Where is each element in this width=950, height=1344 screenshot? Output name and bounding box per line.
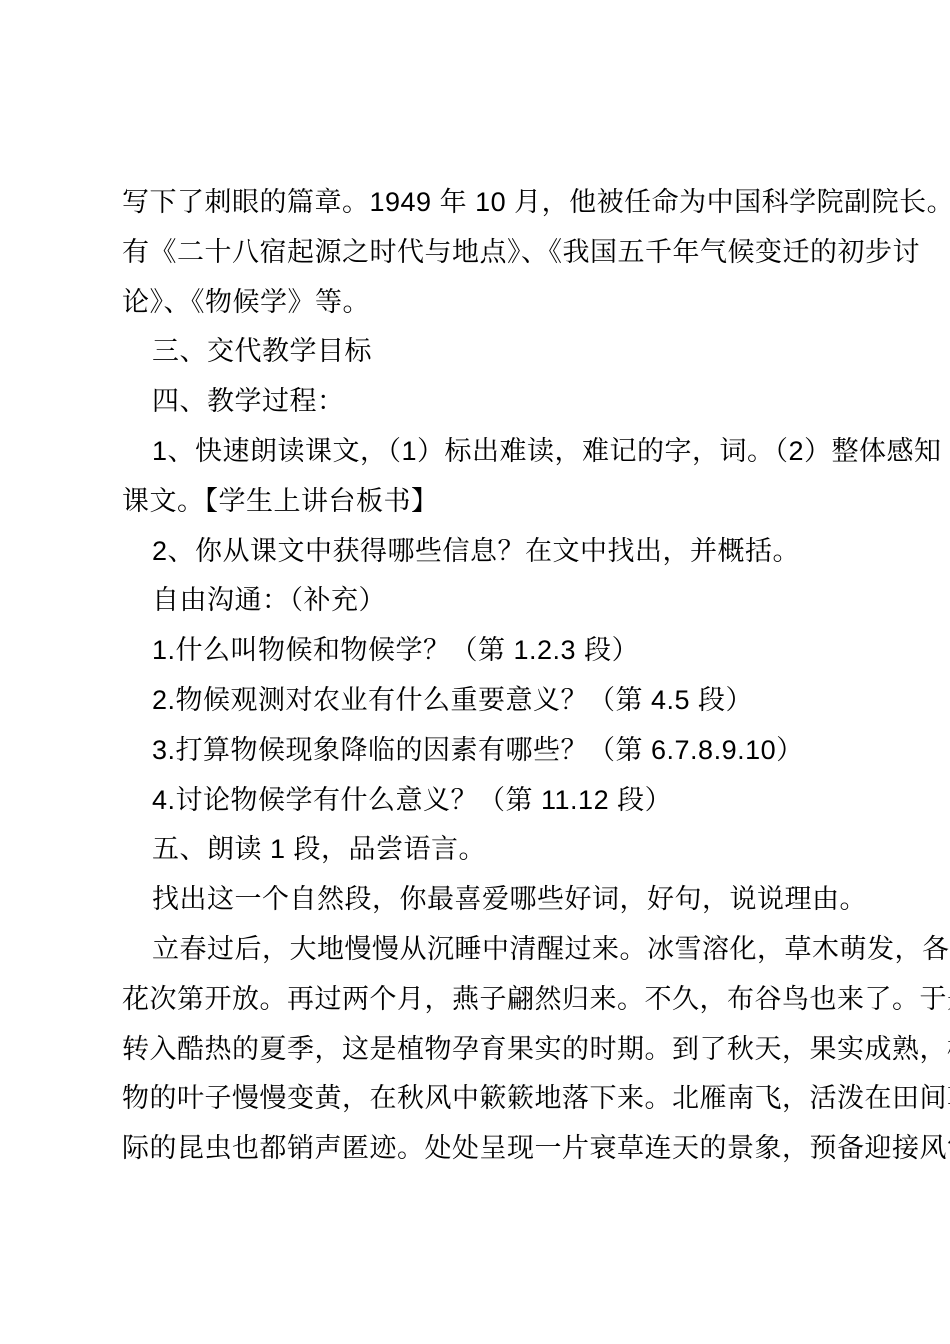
text-line: 三、交代教学目标 — [122, 327, 892, 377]
paragraph: 五、朗读 1 段，品尝语言。 — [122, 825, 892, 875]
paragraph: 三、交代教学目标 — [122, 327, 892, 377]
text-line: 1.什么叫物候和物候学？（第 1.2.3 段） — [122, 626, 892, 676]
text-line: 际的昆虫也都销声匿迹。处处呈现一片衰草连天的景象，预备迎接风雪 — [122, 1124, 892, 1174]
paragraph: 立春过后，大地慢慢从沉睡中清醒过来。冰雪溶化，草木萌发，各种花次第开放。再过两个… — [122, 925, 892, 1174]
paragraph: 2、你从课文中获得哪些信息？在文中找出，并概括。 — [122, 527, 892, 577]
paragraph: 找出这一个自然段，你最喜爱哪些好词，好句，说说理由。 — [122, 875, 892, 925]
text-line: 转入酷热的夏季，这是植物孕育果实的时期。到了秋天，果实成熟，植 — [122, 1025, 892, 1075]
paragraph: 3.打算物候现象降临的因素有哪些？（第 6.7.8.9.10） — [122, 726, 892, 776]
text-line: 有《二十八宿起源之时代与地点》、《我国五千年气候变迁的初步讨 — [122, 228, 892, 278]
paragraph: 2.物候观测对农业有什么重要意义？（第 4.5 段） — [122, 676, 892, 726]
text-line: 论》、《物候学》等。 — [122, 278, 892, 328]
text-line: 找出这一个自然段，你最喜爱哪些好词，好句，说说理由。 — [122, 875, 892, 925]
paragraph: 1、快速朗读课文，（1）标出难读，难记的字，词。（2）整体感知课文。【学生上讲台… — [122, 427, 892, 527]
text-line: 写下了刺眼的篇章。1949 年 10 月，他被任命为中国科学院副院长。著 — [122, 178, 892, 228]
text-line: 五、朗读 1 段，品尝语言。 — [122, 825, 892, 875]
document-text: 写下了刺眼的篇章。1949 年 10 月，他被任命为中国科学院副院长。著有《二十… — [122, 178, 892, 1174]
text-line: 2.物候观测对农业有什么重要意义？（第 4.5 段） — [122, 676, 892, 726]
text-line: 立春过后，大地慢慢从沉睡中清醒过来。冰雪溶化，草木萌发，各种 — [122, 925, 892, 975]
text-line: 课文。【学生上讲台板书】 — [122, 477, 892, 527]
text-line: 物的叶子慢慢变黄，在秋风中簌簌地落下来。北雁南飞，活泼在田间草 — [122, 1074, 892, 1124]
text-line: 四、教学过程： — [122, 377, 892, 427]
text-line: 自由沟通：（补充） — [122, 576, 892, 626]
paragraph: 写下了刺眼的篇章。1949 年 10 月，他被任命为中国科学院副院长。著有《二十… — [122, 178, 892, 327]
text-line: 2、你从课文中获得哪些信息？在文中找出，并概括。 — [122, 527, 892, 577]
paragraph: 1.什么叫物候和物候学？（第 1.2.3 段） — [122, 626, 892, 676]
paragraph: 四、教学过程： — [122, 377, 892, 427]
document-page: 写下了刺眼的篇章。1949 年 10 月，他被任命为中国科学院副院长。著有《二十… — [0, 0, 950, 1344]
paragraph: 自由沟通：（补充） — [122, 576, 892, 626]
text-line: 4.讨论物候学有什么意义？（第 11.12 段） — [122, 776, 892, 826]
paragraph: 4.讨论物候学有什么意义？（第 11.12 段） — [122, 776, 892, 826]
text-line: 1、快速朗读课文，（1）标出难读，难记的字，词。（2）整体感知 — [122, 427, 892, 477]
text-line: 3.打算物候现象降临的因素有哪些？（第 6.7.8.9.10） — [122, 726, 892, 776]
text-line: 花次第开放。再过两个月，燕子翩然归来。不久，布谷鸟也来了。于是 — [122, 975, 892, 1025]
